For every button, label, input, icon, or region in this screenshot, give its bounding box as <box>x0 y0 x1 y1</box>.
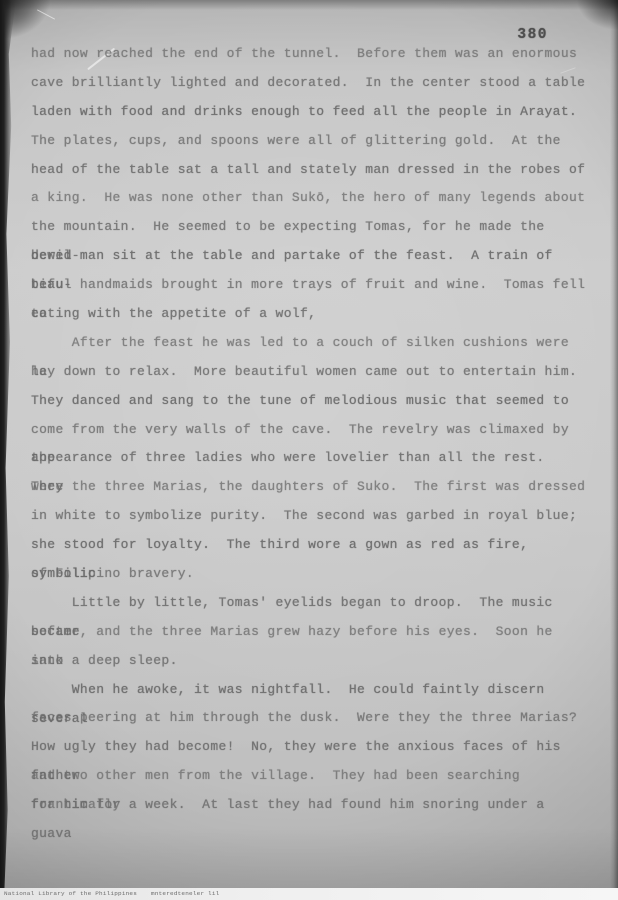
footer-code-text: mnteredteneler lil <box>151 891 219 896</box>
text-line: into a deep sleep. <box>31 647 588 676</box>
text-line: a king. He was none other than Sukō, the… <box>31 184 588 213</box>
text-line: When he awoke, it was nightfall. He coul… <box>31 676 588 705</box>
text-line: for him for a week. At last they had fou… <box>31 791 588 820</box>
text-line: tiful handmaids brought in more trays of… <box>31 271 588 300</box>
text-line: the mountain. He seemed to be expecting … <box>31 213 588 242</box>
text-line: appearance of three ladies who were love… <box>31 444 588 473</box>
bottom-shadow <box>0 828 618 888</box>
text-line: had now reached the end of the tunnel. B… <box>31 40 588 69</box>
scanned-page: 380 had now reached the end of the tunne… <box>0 0 618 900</box>
text-line: lay down to relax. More beautiful women … <box>31 358 588 387</box>
text-line: in white to symbolize purity. The second… <box>31 502 588 531</box>
body-text: had now reached the end of the tunnel. B… <box>0 0 618 820</box>
text-line: come from the very walls of the cave. Th… <box>31 416 588 445</box>
text-line: They danced and sang to the tune of melo… <box>31 387 588 416</box>
text-line: head of the table sat a tall and stately… <box>31 156 588 185</box>
text-line: faces peering at him through the dusk. W… <box>31 704 588 733</box>
text-line: cave brilliantly lighted and decorated. … <box>31 69 588 98</box>
text-line: eating with the appetite of a wolf, <box>31 300 588 329</box>
text-line: and two other men from the village. They… <box>31 762 588 791</box>
text-line: Little by little, Tomas' eyelids began t… <box>31 589 588 618</box>
text-line: The plates, cups, and spoons were all of… <box>31 127 588 156</box>
text-line: laden with food and drinks enough to fee… <box>31 98 588 127</box>
text-line: were the three Marias, the daughters of … <box>31 473 588 502</box>
text-line: After the feast he was led to a couch of… <box>31 329 588 358</box>
text-line: softer, and the three Marias grew hazy b… <box>31 618 588 647</box>
footer-bar: National Library of the Philippines mnte… <box>0 888 618 900</box>
library-footer-text: National Library of the Philippines <box>4 891 137 896</box>
text-line: How ugly they had become! No, they were … <box>31 733 588 762</box>
text-line: she stood for loyalty. The third wore a … <box>31 531 588 560</box>
text-line: dered man sit at the table and partake o… <box>31 242 588 271</box>
text-line: of Filipino bravery. <box>31 560 588 589</box>
